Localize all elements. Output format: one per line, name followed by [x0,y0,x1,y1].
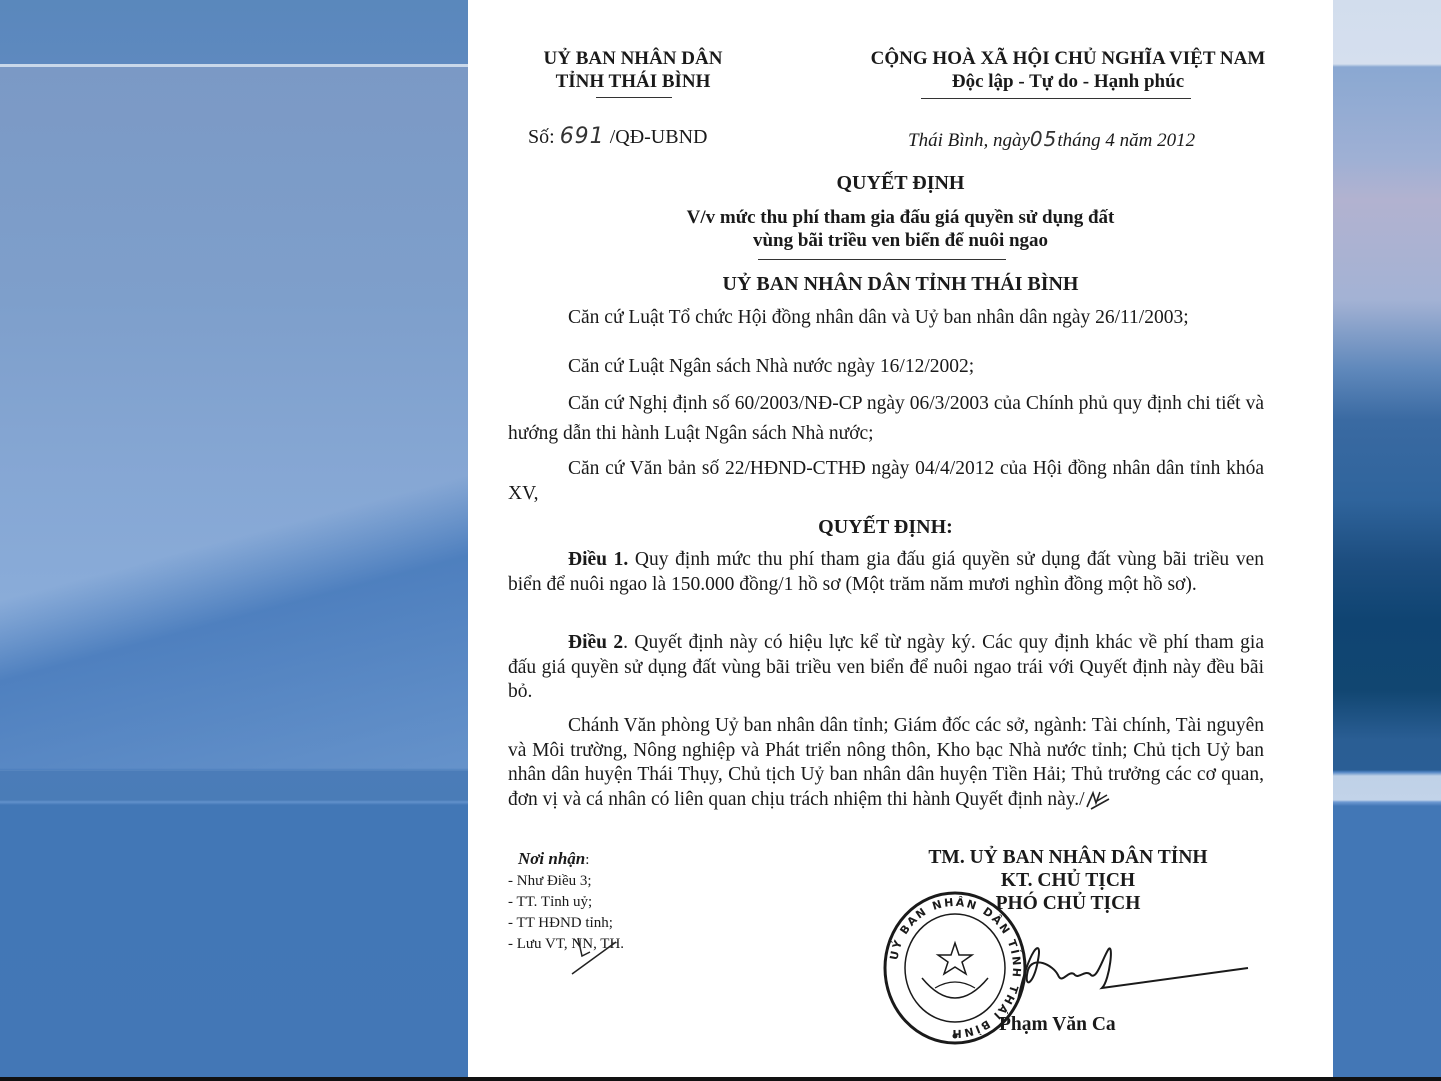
issuer-line-1: UỶ BAN NHÂN DÂN [528,47,738,70]
signature-line-1: TM. UỶ BAN NHÂN DÂN TỈNH [898,846,1238,869]
place-date-prefix: Thái Bình, ngày [908,130,1030,151]
recipient-item: - Như Điều 3; [508,871,624,892]
article-2: Điều 2. Quyết định này có hiệu lực kể từ… [508,631,1264,705]
slide-background-right [1333,0,1441,1081]
document-number: Số: 691 /QĐ-UBND [528,124,707,149]
slide-background-left [0,0,468,1081]
signer-name: Phạm Văn Ca [999,1014,1116,1036]
document-subject: V/v mức thu phí tham gia đấu giá quyền s… [468,206,1333,252]
motto-underline [921,98,1191,99]
article-1-lead: Điều 1. [568,549,628,570]
document-title: QUYẾT ĐỊNH [468,171,1333,195]
national-motto: Độc lập - Tự do - Hạnh phúc [838,70,1298,93]
handwritten-signature-icon [998,930,1258,1010]
legal-basis-1: Căn cứ Luật Tổ chức Hội đồng nhân dân và… [508,306,1264,331]
handwritten-day: 05 [1030,127,1057,151]
issuer-underline [596,97,672,98]
place-date: Thái Bình, ngày05tháng 4 năm 2012 [908,127,1195,152]
recipients-title: Nơi nhận [518,849,585,868]
legal-basis-2: Căn cứ Luật Ngân sách Nhà nước ngày 16/1… [508,355,1264,380]
execution-clause: Chánh Văn phòng Uỷ ban nhân dân tỉnh; Gi… [508,714,1264,812]
subject-line-1: V/v mức thu phí tham gia đấu giá quyền s… [468,206,1333,229]
national-header: CỘNG HOÀ XÃ HỘI CHỦ NGHĨA VIỆT NAM Độc l… [838,47,1298,93]
decision-heading: QUYẾT ĐỊNH: [468,515,1303,539]
recipient-item: - TT. Tỉnh uỷ; [508,892,624,913]
recipient-initials-icon [568,930,628,980]
number-suffix: /QĐ-UBND [610,126,708,148]
legal-basis-4: Căn cứ Văn bản số 22/HĐND-CTHĐ ngày 04/4… [508,457,1264,506]
scanned-decision-document: UỶ BAN NHÂN DÂN TỈNH THÁI BÌNH CỘNG HOÀ … [468,0,1333,1077]
initials-mark-icon [1085,789,1115,811]
issuer-line-2: TỈNH THÁI BÌNH [528,70,738,93]
execution-text: Chánh Văn phòng Uỷ ban nhân dân tỉnh; Gi… [508,715,1264,810]
article-2-lead: Điều 2 [568,632,623,653]
subject-line-2: vùng bãi triều ven biển để nuôi ngao [468,229,1333,252]
handwritten-number: 691 [560,124,605,149]
national-title: CỘNG HOÀ XÃ HỘI CHỦ NGHĨA VIỆT NAM [838,47,1298,70]
number-prefix: Số: [528,126,555,148]
subject-underline [758,259,1006,260]
background-swoosh [0,420,468,770]
place-date-rest: tháng 4 năm 2012 [1057,130,1195,151]
legal-basis-3: Căn cứ Nghị định số 60/2003/NĐ-CP ngày 0… [508,389,1264,449]
bottom-border [0,1077,1441,1081]
issuing-authority: UỶ BAN NHÂN DÂN TỈNH THÁI BÌNH [468,272,1333,296]
article-1: Điều 1. Quy định mức thu phí tham gia đấ… [508,548,1264,597]
issuer-header: UỶ BAN NHÂN DÂN TỈNH THÁI BÌNH [528,47,738,93]
